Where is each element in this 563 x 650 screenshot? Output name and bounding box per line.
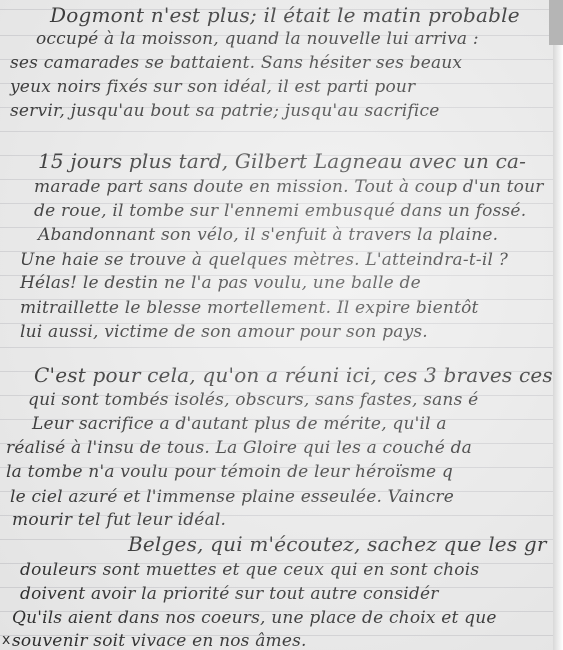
text-line: mourir tel fut leur idéal. [12, 509, 226, 531]
text-line: C'est pour cela, qu'on a réuni ici, ces … [34, 364, 553, 386]
text-line: servir, jusqu'au bout sa patrie; jusqu'a… [10, 100, 440, 122]
text-line: qui sont tombés isolés, obscurs, sans fa… [28, 389, 478, 411]
text-line: le ciel azuré et l'immense plaine esseul… [10, 486, 454, 508]
text-line: yeux noirs fixés sur son idéal, il est p… [10, 76, 415, 98]
handwritten-page: Dogmont n'est plus; il était le matin pr… [0, 0, 553, 650]
text-line: mitraillette le blesse mortellement. Il … [20, 297, 479, 319]
text-line: de roue, il tombe sur l'ennemi embusqué … [34, 200, 526, 222]
page-corner-shadow [549, 0, 563, 45]
text-line: Une haie se trouve à quelques mètres. L'… [20, 249, 508, 271]
text-line: réalisé à l'insu de tous. La Gloire qui … [6, 437, 472, 459]
text-line: ses camarades se battaient. Sans hésiter… [10, 52, 462, 74]
text-line: Belges, qui m'écoutez, sachez que les gr [128, 533, 547, 555]
margin-mark: x [2, 632, 10, 648]
text-line: Dogmont n'est plus; il était le matin pr… [50, 4, 520, 26]
text-line: lui aussi, victime de son amour pour son… [20, 321, 428, 343]
text-line: occupé à la moisson, quand la nouvelle l… [36, 28, 479, 50]
text-line: souvenir soit vivace en nos âmes. [12, 630, 307, 650]
text-line: marade part sans doute en mission. Tout … [34, 176, 544, 198]
text-line: la tombe n'a voulu pour témoin de leur h… [6, 461, 453, 483]
text-line: Qu'ils aient dans nos coeurs, une place … [12, 607, 497, 629]
text-line: doivent avoir la priorité sur tout autre… [20, 583, 439, 605]
text-line: Abandonnant son vélo, il s'enfuit à trav… [38, 224, 498, 246]
text-line: Leur sacrifice a d'autant plus de mérite… [32, 413, 447, 435]
text-line: 15 jours plus tard, Gilbert Lagneau avec… [38, 150, 526, 172]
page-edge [553, 0, 563, 650]
text-line: douleurs sont muettes et que ceux qui en… [20, 559, 479, 581]
text-line: Hélas! le destin ne l'a pas voulu, une b… [20, 272, 421, 294]
